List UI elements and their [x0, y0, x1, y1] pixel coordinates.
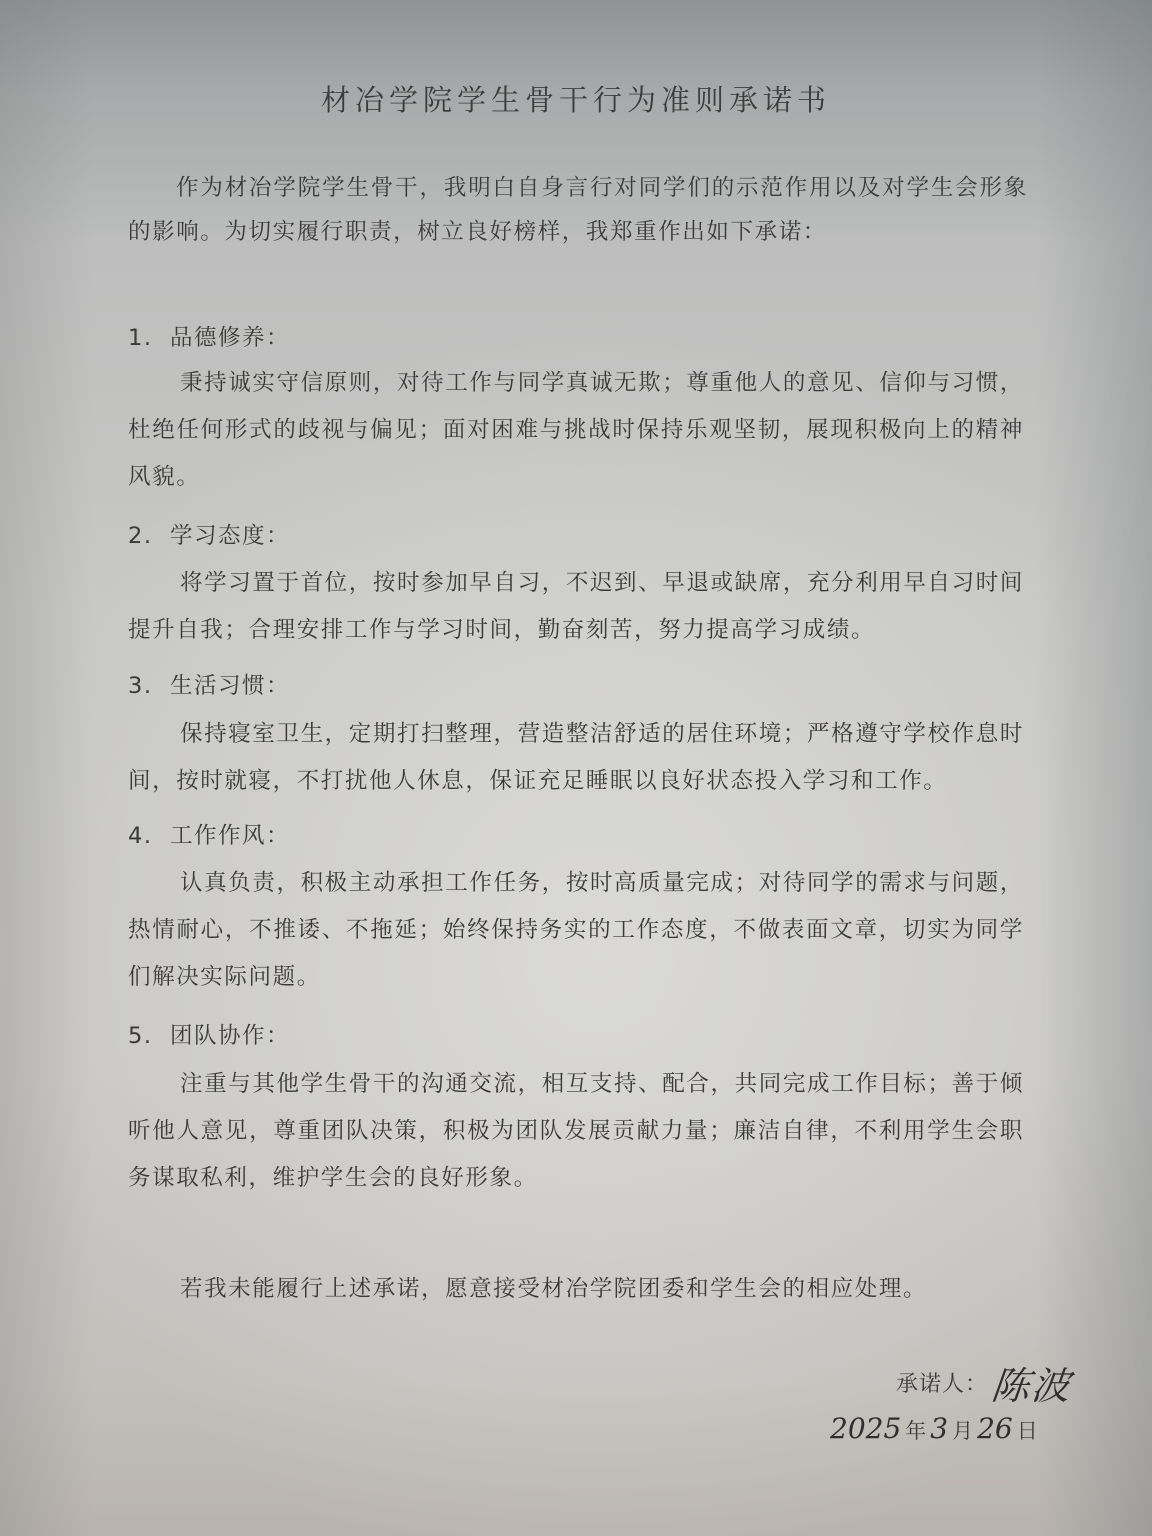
- intro-paragraph: 作为材冶学院学生骨干，我明白自身言行对同学们的示范作用以及对学生会形象的影响。为…: [128, 166, 1028, 254]
- item-number: 1.: [128, 325, 170, 351]
- item-heading-text: 团队协作：: [170, 1023, 290, 1049]
- document-title: 材冶学院学生骨干行为准则承诺书: [0, 78, 1152, 119]
- date-year-label: 年: [905, 1415, 926, 1445]
- date-year: 2025: [830, 1412, 901, 1445]
- item-heading-text: 品德修养：: [170, 325, 290, 351]
- item-body-2: 将学习置于首位，按时参加早自习，不迟到、早退或缺席，充分利用早自习时间提升自我；…: [128, 560, 1024, 654]
- item-heading-1: 1.品德修养：: [128, 320, 290, 352]
- signer-label: 承诺人：: [896, 1367, 988, 1398]
- item-heading-text: 生活习惯：: [170, 673, 290, 699]
- handwritten-signature: 陈波: [989, 1355, 1075, 1410]
- item-body-4: 认真负责，积极主动承担工作任务，按时高质量完成；对待同学的需求与问题，热情耐心，…: [128, 860, 1024, 1001]
- date-month-label: 月: [952, 1415, 973, 1445]
- closing-statement: 若我未能履行上述承诺，愿意接受材冶学院团委和学生会的相应处理。: [180, 1271, 927, 1303]
- item-body-5: 注重与其他学生骨干的沟通交流，相互支持、配合，共同完成工作目标；善于倾听他人意见…: [128, 1061, 1024, 1202]
- date-month: 3: [930, 1412, 948, 1445]
- signing-date: 2025 年 3 月 26 日: [830, 1412, 1042, 1445]
- item-body-1: 秉持诚实守信原则，对待工作与同学真诚无欺；尊重他人的意见、信仰与习惯，杜绝任何形…: [128, 360, 1024, 501]
- item-heading-4: 4.工作作风：: [128, 818, 290, 850]
- signer-line: 承诺人： 陈波: [896, 1355, 1072, 1410]
- item-number: 3.: [128, 673, 170, 699]
- item-heading-text: 学习态度：: [170, 523, 290, 549]
- item-heading-3: 3.生活习惯：: [128, 668, 290, 700]
- item-heading-text: 工作作风：: [170, 823, 290, 849]
- date-day: 26: [977, 1412, 1013, 1445]
- item-heading-5: 5.团队协作：: [128, 1018, 290, 1050]
- item-body-3: 保持寝室卫生，定期打扫整理，营造整洁舒适的居住环境；严格遵守学校作息时间，按时就…: [128, 711, 1024, 805]
- item-number: 5.: [128, 1023, 170, 1049]
- item-heading-2: 2.学习态度：: [128, 518, 290, 550]
- item-number: 4.: [128, 823, 170, 849]
- item-number: 2.: [128, 523, 170, 549]
- date-day-label: 日: [1017, 1415, 1038, 1445]
